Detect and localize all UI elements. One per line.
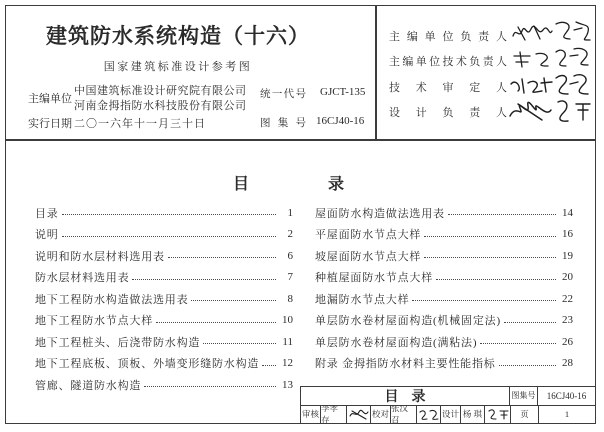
signature-scribble xyxy=(506,100,554,124)
dot-leader xyxy=(203,343,276,344)
toc-entry: 平屋面防水节点大样16 xyxy=(315,224,573,246)
toc-entry-title: 屋面防水构造做法选用表 xyxy=(315,205,445,221)
toc-entry-page: 7 xyxy=(279,271,293,283)
toc-entry-page: 23 xyxy=(559,314,573,326)
toc-entry-page: 20 xyxy=(559,271,573,283)
title-block-top-row: 目录 图集号 16CJ40-16 xyxy=(301,387,595,406)
toc-entry-title: 管廊、隧道防水构造 xyxy=(35,377,141,393)
page-label: 页 xyxy=(511,406,539,424)
signature-scribble xyxy=(510,48,554,70)
document-subtitle: 国家建筑标准设计参考图 xyxy=(28,58,328,74)
toc-entry-page: 19 xyxy=(559,250,573,262)
toc-entry-title: 防水层材料选用表 xyxy=(35,269,129,285)
proofreader-name: 张汉召 xyxy=(391,406,417,424)
toc-entry-title: 地漏防水节点大样 xyxy=(315,291,409,307)
review-label: 审核 xyxy=(301,406,321,424)
dot-leader xyxy=(168,257,276,258)
dot-leader xyxy=(499,365,556,366)
toc-entry: 说明和防水层材料选用表6 xyxy=(35,245,293,267)
toc-entry-title: 说明和防水层材料选用表 xyxy=(35,248,165,264)
toc-entry-title: 地下工程防水节点大样 xyxy=(35,312,153,328)
effective-date-label: 实行日期 xyxy=(28,115,72,131)
toc-entry: 管廊、隧道防水构造13 xyxy=(35,374,293,396)
toc-entry-page: 11 xyxy=(279,336,293,348)
toc-entry-title: 平屋面防水节点大样 xyxy=(315,226,421,242)
technical-approver-label: 技术审定人 xyxy=(389,79,507,95)
reviewer-name: 李孝存 xyxy=(321,406,347,424)
signature-scribble xyxy=(552,70,594,98)
signature-scribble xyxy=(347,406,371,424)
toc-entry-page: 28 xyxy=(559,357,573,369)
toc-entry-page: 22 xyxy=(559,293,573,305)
dot-leader xyxy=(191,300,276,301)
unified-code-label: 统一代号 xyxy=(260,86,306,101)
toc-entry-page: 10 xyxy=(279,314,293,326)
toc-entry: 地漏防水节点大样22 xyxy=(315,288,573,310)
dot-leader xyxy=(424,236,556,237)
document-title: 建筑防水系统构造（十六） xyxy=(28,20,328,50)
header-bottom-rule xyxy=(5,139,595,141)
design-principal-label: 设计负责人 xyxy=(389,104,507,120)
toc-entry-title: 地下工程防水构造做法选用表 xyxy=(35,291,188,307)
toc-entry: 目录1 xyxy=(35,202,293,224)
toc-entry-title: 地下工程底板、顶板、外墙变形缝防水构造 xyxy=(35,355,259,371)
signature-scribble xyxy=(552,18,594,44)
dot-leader xyxy=(436,279,556,280)
toc-entry-page: 12 xyxy=(279,357,293,369)
toc-entry-title: 说明 xyxy=(35,226,59,242)
dot-leader xyxy=(412,300,556,301)
toc-entry-page: 6 xyxy=(279,250,293,262)
toc-entry-title: 单层防水卷材屋面构造(机械固定法) xyxy=(315,312,501,328)
toc-entry: 地下工程防水构造做法选用表8 xyxy=(35,288,293,310)
signature-scribble xyxy=(552,44,594,70)
atlas-number-value: 16CJ40-16 xyxy=(316,115,364,127)
dot-leader xyxy=(62,214,276,215)
dot-leader xyxy=(156,322,276,323)
atlas-cover-page: 建筑防水系统构造（十六） 国家建筑标准设计参考图 主编单位 中国建筑标准设计研究… xyxy=(0,0,604,432)
signature-scribble xyxy=(417,406,441,424)
title-block: 目录 图集号 16CJ40-16 审核 李孝存 校对 张汉召 设计 杨 琪 页 … xyxy=(300,386,596,424)
dot-leader xyxy=(480,343,556,344)
header-vertical-divider xyxy=(375,5,377,140)
toc-entry-page: 1 xyxy=(279,207,293,219)
toc-entry-title: 附录 金拇指防水材料主要性能指标 xyxy=(315,355,496,371)
toc-entry-title: 地下工程桩头、后浇带防水构造 xyxy=(35,334,200,350)
toc-left-column: 目录1 说明2 说明和防水层材料选用表6 防水层材料选用表7 地下工程防水构造做… xyxy=(35,202,293,396)
chief-editor-company-1: 中国建筑标准设计研究院有限公司 xyxy=(74,82,247,98)
toc-entry-title: 种植屋面防水节点大样 xyxy=(315,269,433,285)
toc-entry-title: 目录 xyxy=(35,205,59,221)
toc-entry-page: 26 xyxy=(559,336,573,348)
toc-entry-page: 8 xyxy=(279,293,293,305)
toc-entry-page: 13 xyxy=(279,379,293,391)
toc-right-column: 屋面防水构造做法选用表14 平屋面防水节点大样16 坡屋面防水节点大样19 种植… xyxy=(315,202,573,374)
dot-leader xyxy=(62,236,276,237)
atlas-number-label: 图集号 xyxy=(510,387,538,405)
page-number: 1 xyxy=(539,406,595,424)
sheet-name-cell: 目录 xyxy=(301,387,510,405)
toc-entry-page: 16 xyxy=(559,228,573,240)
toc-entry-page: 14 xyxy=(559,207,573,219)
dot-leader xyxy=(144,386,276,387)
effective-date-value: 二〇一六年十一月三十日 xyxy=(74,115,206,131)
signature-scribble xyxy=(552,96,594,124)
toc-entry: 地下工程防水节点大样10 xyxy=(35,310,293,332)
designer-name: 杨 琪 xyxy=(461,406,485,424)
toc-entry: 坡屋面防水节点大样19 xyxy=(315,245,573,267)
toc-entry: 单层防水卷材屋面构造(机械固定法)23 xyxy=(315,310,573,332)
chief-editor-company-2: 河南金拇指防水科技股份有限公司 xyxy=(74,97,247,113)
design-label: 设计 xyxy=(441,406,461,424)
dot-leader xyxy=(424,257,556,258)
chief-unit-tech-principal-label: 主编单位技术负责人 xyxy=(389,53,507,69)
dot-leader xyxy=(448,214,556,215)
chief-unit-principal-label: 主编单位负责人 xyxy=(389,28,507,44)
toc-entry-title: 坡屋面防水节点大样 xyxy=(315,248,421,264)
toc-entry: 种植屋面防水节点大样20 xyxy=(315,267,573,289)
dot-leader xyxy=(262,365,276,366)
title-block-bottom-row: 审核 李孝存 校对 张汉召 设计 杨 琪 页 1 xyxy=(301,406,595,424)
signature-scribble xyxy=(485,406,511,424)
signature-scribble xyxy=(508,74,554,96)
sheet-name: 目录 xyxy=(385,387,439,405)
toc-entry: 屋面防水构造做法选用表14 xyxy=(315,202,573,224)
dot-leader xyxy=(504,322,556,323)
dot-leader xyxy=(132,279,276,280)
toc-entry: 单层防水卷材屋面构造(满粘法)26 xyxy=(315,331,573,353)
atlas-number-label: 图 集 号 xyxy=(260,115,306,130)
toc-entry: 说明2 xyxy=(35,224,293,246)
chief-editor-label: 主编单位 xyxy=(28,90,72,106)
toc-entry: 地下工程底板、顶板、外墙变形缝防水构造12 xyxy=(35,353,293,375)
toc-entry: 地下工程桩头、后浇带防水构造11 xyxy=(35,331,293,353)
signature-scribble xyxy=(510,22,554,44)
unified-code-value: GJCT-135 xyxy=(320,86,365,98)
toc-entry-title: 单层防水卷材屋面构造(满粘法) xyxy=(315,334,477,350)
toc-entry: 防水层材料选用表7 xyxy=(35,267,293,289)
toc-entry: 附录 金拇指防水材料主要性能指标28 xyxy=(315,353,573,375)
atlas-number-value: 16CJ40-16 xyxy=(538,387,595,405)
toc-entry-page: 2 xyxy=(279,228,293,240)
toc-heading: 目录 xyxy=(233,171,423,194)
proof-label: 校对 xyxy=(371,406,391,424)
